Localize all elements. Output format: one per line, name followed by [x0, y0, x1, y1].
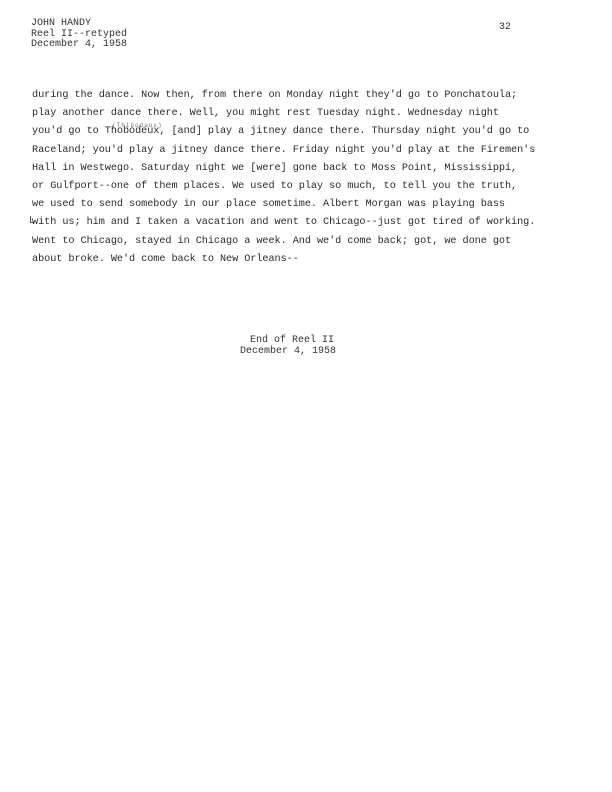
transcript-body: during the dance. Now then, from there o… — [32, 87, 592, 269]
document-page: JOHN HANDY Reel II--retyped December 4, … — [0, 0, 612, 792]
text-line: or Gulfport--one of them places. We used… — [32, 178, 592, 196]
text-line: about broke. We'd come back to New Orlea… — [32, 251, 592, 269]
end-of-reel-label: End of Reel II — [240, 336, 336, 347]
transcript-header: JOHN HANDY Reel II--retyped December 4, … — [31, 19, 127, 51]
text-line: Hall in Westwego. Saturday night we [wer… — [32, 160, 592, 178]
text-line: we used to send somebody in our place so… — [32, 196, 592, 214]
text-line: Raceland; you'd play a jitney dance ther… — [32, 142, 592, 160]
interview-date: December 4, 1958 — [31, 40, 127, 51]
text-line: Went to Chicago, stayed in Chicago a wee… — [32, 233, 592, 251]
text-line: during the dance. Now then, from there o… — [32, 87, 592, 105]
text-line: play another dance there. Well, you migh… — [32, 105, 592, 123]
interviewee-name: JOHN HANDY — [31, 19, 127, 30]
end-of-reel-date: December 4, 1958 — [240, 347, 336, 358]
text-line: with us; him and I taken a vacation and … — [32, 214, 592, 232]
text-line: you'd go to Thobodeux, [and] play a jitn… — [32, 123, 592, 141]
page-number: 32 — [499, 22, 511, 33]
end-of-reel-block: End of Reel II December 4, 1958 — [240, 336, 336, 357]
